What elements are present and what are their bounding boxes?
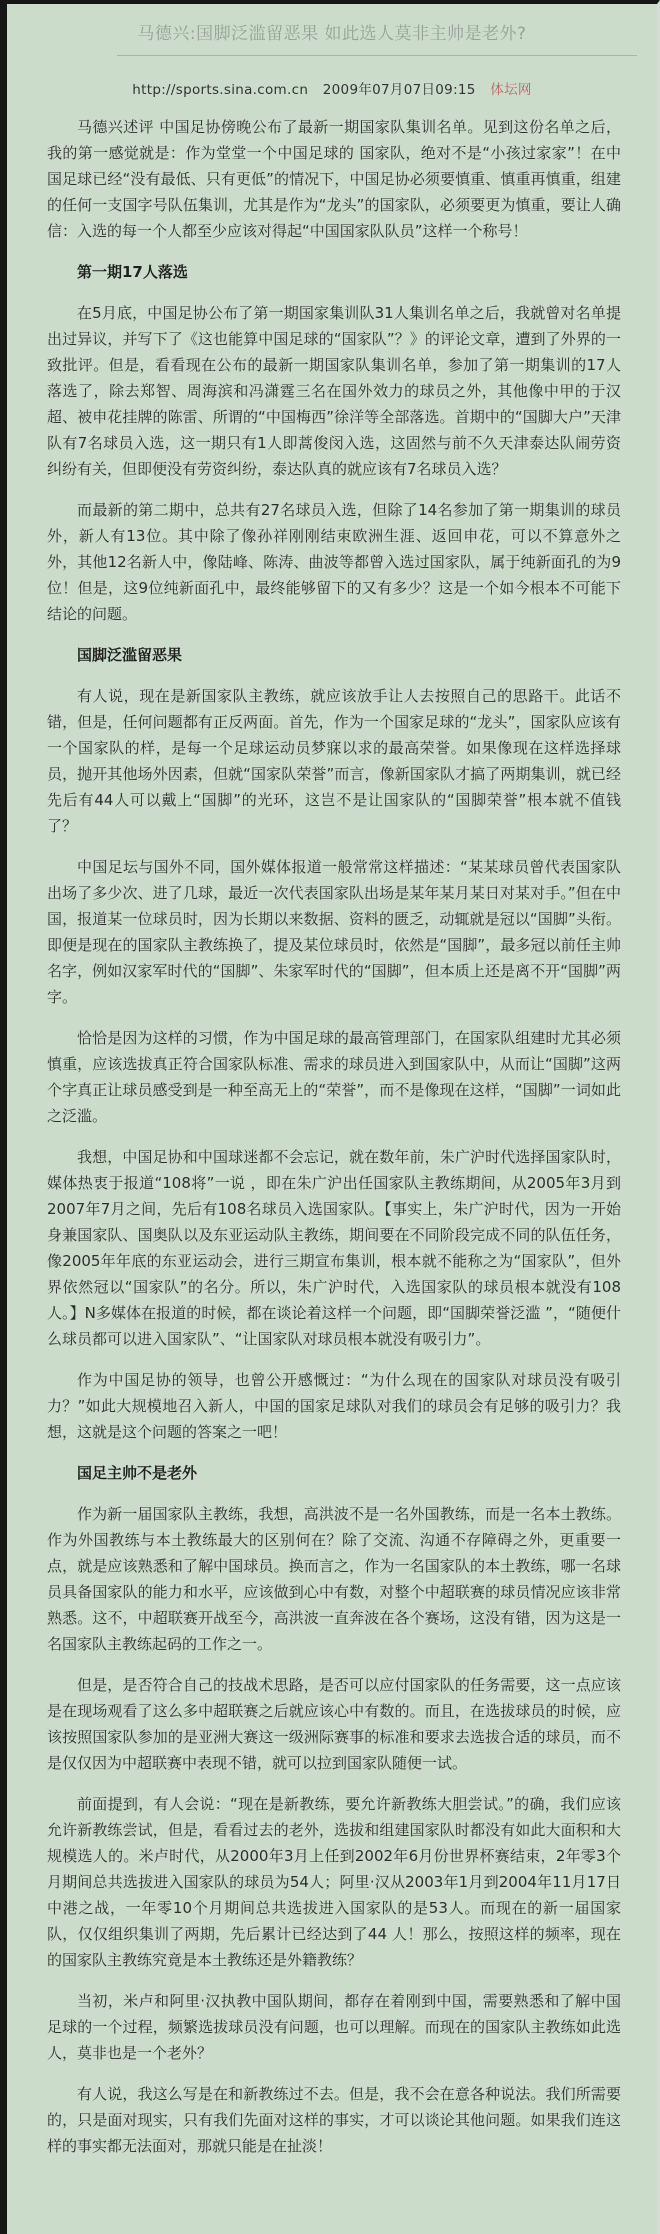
article-body: 马德兴述评 中国足协傍晚公布了最新一期国家队集训名单。见到这份名单之后，我的第一…	[7, 98, 657, 2159]
source-url-link[interactable]: http://sports.sina.com.cn	[132, 82, 308, 98]
article-paragraph: 有人说，我这么写是在和新教练过不去。但是，我不会在意各种说法。我们所需要的，只是…	[47, 2081, 621, 2159]
source-site-link[interactable]: 体坛网	[490, 82, 531, 98]
article-paragraph: 作为中国足协的领导，也曾公开感慨过：“为什么现在的国家队对球员没有吸引力？”如此…	[47, 1367, 621, 1445]
publish-datetime: 2009年07月07日09:15	[323, 82, 476, 98]
article-page: 马德兴:国脚泛滥留恶果 如此选人莫非主帅是老外? http://sports.s…	[0, 0, 660, 2234]
page-title: 马德兴:国脚泛滥留恶果 如此选人莫非主帅是老外?	[7, 18, 657, 46]
section-heading: 国脚泛滥留恶果	[47, 642, 621, 668]
article-paragraph: 我想，中国足协和中国球迷都不会忘记，就在数年前，朱广沪时代选择国家队时，媒体热衷…	[47, 1144, 621, 1352]
article-paragraph: 作为新一届国家队主教练，我想，高洪波不是一名外国教练，而是一名本土教练。作为外国…	[47, 1501, 621, 1657]
article-paragraph: 但是，是否符合自己的技战术思路，是否可以应付国家队的任务需要，这一点应该是在现场…	[47, 1672, 621, 1776]
article-paragraph: 而最新的第二期中，总共有27名球员入选，但除了14名参加了第一期集训的球员外，新…	[47, 497, 621, 627]
article-paragraph: 有人说，现在是新国家队主教练，就应该放手让人去按照自己的思路干。此话不错，但是，…	[47, 683, 621, 839]
section-heading: 国足主帅不是老外	[47, 1460, 621, 1486]
source-line: http://sports.sina.com.cn 2009年07月07日09:…	[7, 78, 657, 98]
article-paragraph: 马德兴述评 中国足协傍晚公布了最新一期国家队集训名单。见到这份名单之后，我的第一…	[47, 114, 621, 244]
title-divider	[117, 55, 637, 56]
article-paragraph: 恰恰是因为这样的习惯，作为中国足球的最高管理部门，在国家队组建时尤其必须慎重，应…	[47, 1025, 621, 1129]
section-heading: 第一期17人落选	[47, 259, 621, 285]
article-paragraph: 当初，米卢和阿里·汉执教中国队期间，都存在着刚到中国，需要熟悉和了解中国足球的一…	[47, 1988, 621, 2066]
article-paragraph: 前面提到，有人会说：“现在是新教练，要允许新教练大胆尝试。”的确，我们应该允许新…	[47, 1791, 621, 1973]
article-paragraph: 在5月底，中国足协公布了第一期国家集训队31人集训名单之后，我就曾对名单提出过异…	[47, 300, 621, 482]
article-paragraph: 中国足坛与国外不同，国外媒体报道一般常常这样描述：“某某球员曾代表国家队出场了多…	[47, 854, 621, 1010]
